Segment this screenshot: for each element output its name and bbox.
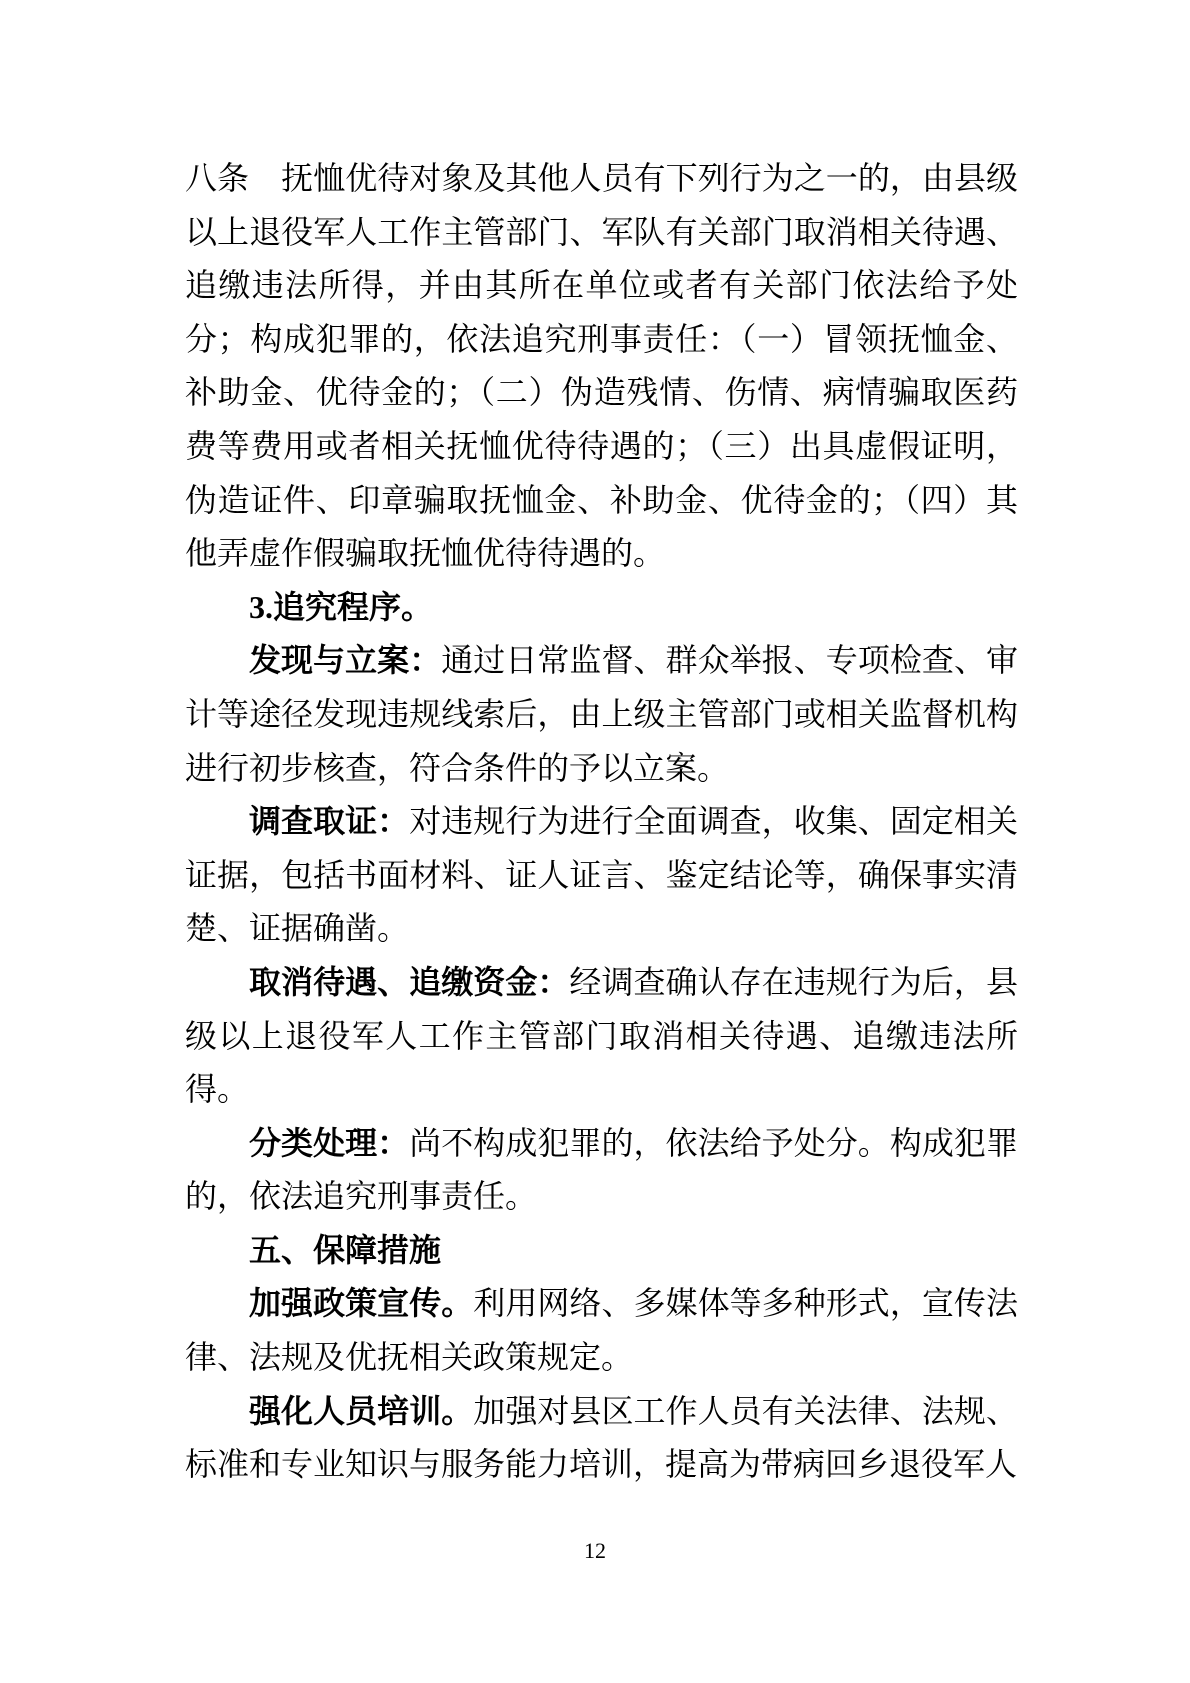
lead-emphasis-text: 调查取证： [249,803,409,839]
section-heading: 五、保障措施 [185,1224,1018,1278]
lead-emphasis-text: 发现与立案： [249,642,441,678]
paragraph: 3.追究程序。 [185,581,1018,635]
lead-emphasis-text: 取消待遇、追缴资金： [249,964,569,1000]
paragraph: 加强政策宣传。利用网络、多媒体等多种形式，宣传法律、法规及优抚相关政策规定。 [185,1277,1018,1384]
lead-emphasis-text: 分类处理： [249,1125,409,1161]
paragraph: 发现与立案：通过日常监督、群众举报、专项检查、审计等途径发现违规线索后，由上级主… [185,634,1018,795]
paragraph: 调查取证：对违规行为进行全面调查，收集、固定相关证据，包括书面材料、证人证言、鉴… [185,795,1018,956]
document-page: 八条 抚恤优待对象及其他人员有下列行为之一的，由县级以上退役军人工作主管部门、军… [0,0,1190,1683]
lead-emphasis-text: 强化人员培训。 [249,1393,473,1429]
paragraph: 取消待遇、追缴资金：经调查确认存在违规行为后，县级以上退役军人工作主管部门取消相… [185,956,1018,1117]
document-body: 八条 抚恤优待对象及其他人员有下列行为之一的，由县级以上退役军人工作主管部门、军… [185,152,1018,1492]
paragraph: 强化人员培训。加强对县区工作人员有关法律、法规、标准和专业知识与服务能力培训，提… [185,1385,1018,1492]
lead-emphasis-text: 加强政策宣传。 [249,1285,473,1321]
lead-emphasis-text: 3.追究程序。 [249,589,433,625]
lead-emphasis-text: 五、保障措施 [249,1232,441,1268]
page-number: 12 [0,1538,1190,1564]
paragraph: 分类处理：尚不构成犯罪的，依法给予处分。构成犯罪的，依法追究刑事责任。 [185,1117,1018,1224]
paragraph: 八条 抚恤优待对象及其他人员有下列行为之一的，由县级以上退役军人工作主管部门、军… [185,152,1018,581]
body-text: 八条 抚恤优待对象及其他人员有下列行为之一的，由县级以上退役军人工作主管部门、军… [185,160,1018,571]
